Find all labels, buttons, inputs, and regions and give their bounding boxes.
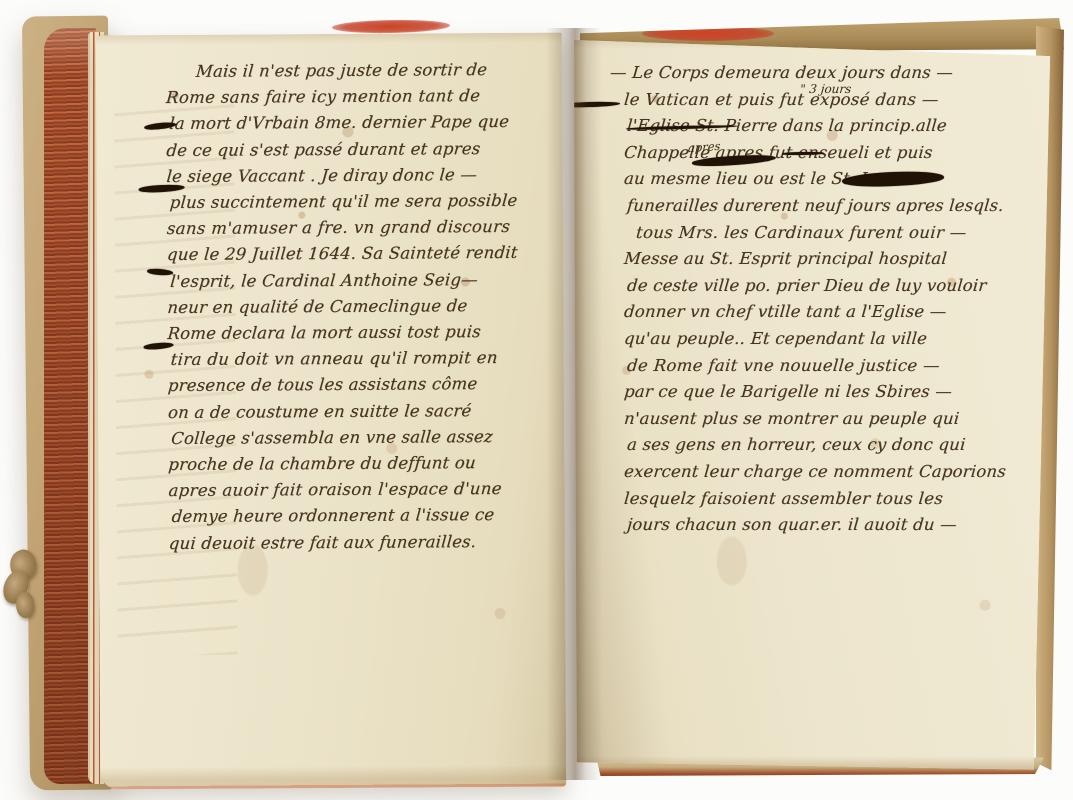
manuscript-line: presence de tous les assistans côme [167,371,520,399]
binding-tie-cord [2,548,44,620]
photograph-background: Mais il n'est pas juste de sortir deRome… [0,0,1073,800]
manuscript-line: proche de la chambre du deffunt ou [167,450,520,478]
manuscript-line: Mais il n'est pas juste de sortir de [195,57,518,85]
manuscript-line: College s'assembla en vne salle assez [170,424,520,452]
manuscript-line: le siege Vaccant . Je diray donc le — [166,162,519,190]
interlinear-insertion: " 3 jours [799,82,852,96]
manuscript-line: qu'au peuple.. Et cependant la ville [623,326,1007,353]
right-page: — Le Corps demeura deux jours dans —le V… [574,40,1052,774]
cord-strand [14,591,35,619]
manuscript-line: qui deuoit estre fait aux funerailles. [168,529,521,557]
manuscript-line: l'esprit, le Cardinal Anthoine Seig— [169,266,519,294]
manuscript-line: lesquelz faisoient assembler tous les [623,486,1007,513]
manuscript-line: tira du doit vn anneau qu'il rompit en [170,345,520,373]
manuscript-line: exercent leur charge ce nomment Caporion… [623,459,1007,486]
right-page-text: — Le Corps demeura deux jours dans —le V… [624,60,1006,539]
manuscript-line: funerailles durerent neuf jours apres le… [626,193,1007,220]
left-page-text: Mais il n'est pas juste de sortir deRome… [166,57,520,557]
ink-margin-dash [562,101,620,108]
red-dye-smear [642,26,774,41]
manuscript-line: plus succintement qu'il me sera possible [169,188,519,216]
manuscript-line: n'ausent plus se montrer au peuple qui [623,406,1007,433]
manuscript-line: a ses gens en horreur, ceux cy donc qui [626,432,1007,459]
manuscript-line: par ce que le Barigelle ni les Sbires — [623,379,1007,406]
manuscript-line: Rome declara la mort aussi tost puis [166,319,519,347]
manuscript-line: au mesme lieu ou est le St. Les —— [623,166,1007,193]
manuscript-line: Messe au St. Esprit principal hospital [623,246,1007,273]
manuscript-line: la mort d'Vrbain 8me. dernier Pape que [168,109,518,137]
manuscript-line: de ceste ville po. prier Dieu de luy vou… [626,273,1007,300]
manuscript-line: de Rome fait vne nouuelle justice — [626,353,1007,380]
manuscript-line: de ce qui s'est passé durant et apres [165,135,518,163]
manuscript-line: on a de coustume en suitte le sacré [167,397,520,425]
left-page: Mais il n'est pas juste de sortir deRome… [96,33,567,790]
manuscript-line: apres auoir fait oraison l'espace d'une [167,476,520,504]
manuscript-line: neur en qualité de Cameclingue de [166,293,519,321]
manuscript-line: donner vn chef vtille tant a l'Eglise — [623,299,1007,326]
manuscript-line: Rome sans faire icy mention tant de [165,83,518,111]
manuscript-line: tous Mrs. les Cardinaux furent ouir — [635,220,1007,247]
manuscript-line: jours chacun son quar.er. il auoit du — [626,512,1007,539]
manuscript-line: sans m'amuser a fre. vn grand discours [166,214,519,242]
manuscript-line: demye heure ordonnerent a l'issue ce [171,502,521,530]
red-dye-smear [332,19,450,34]
manuscript-line: que le 29 Juillet 1644. Sa Sainteté rend… [166,240,519,268]
interlinear-insertion: apres [688,139,721,155]
